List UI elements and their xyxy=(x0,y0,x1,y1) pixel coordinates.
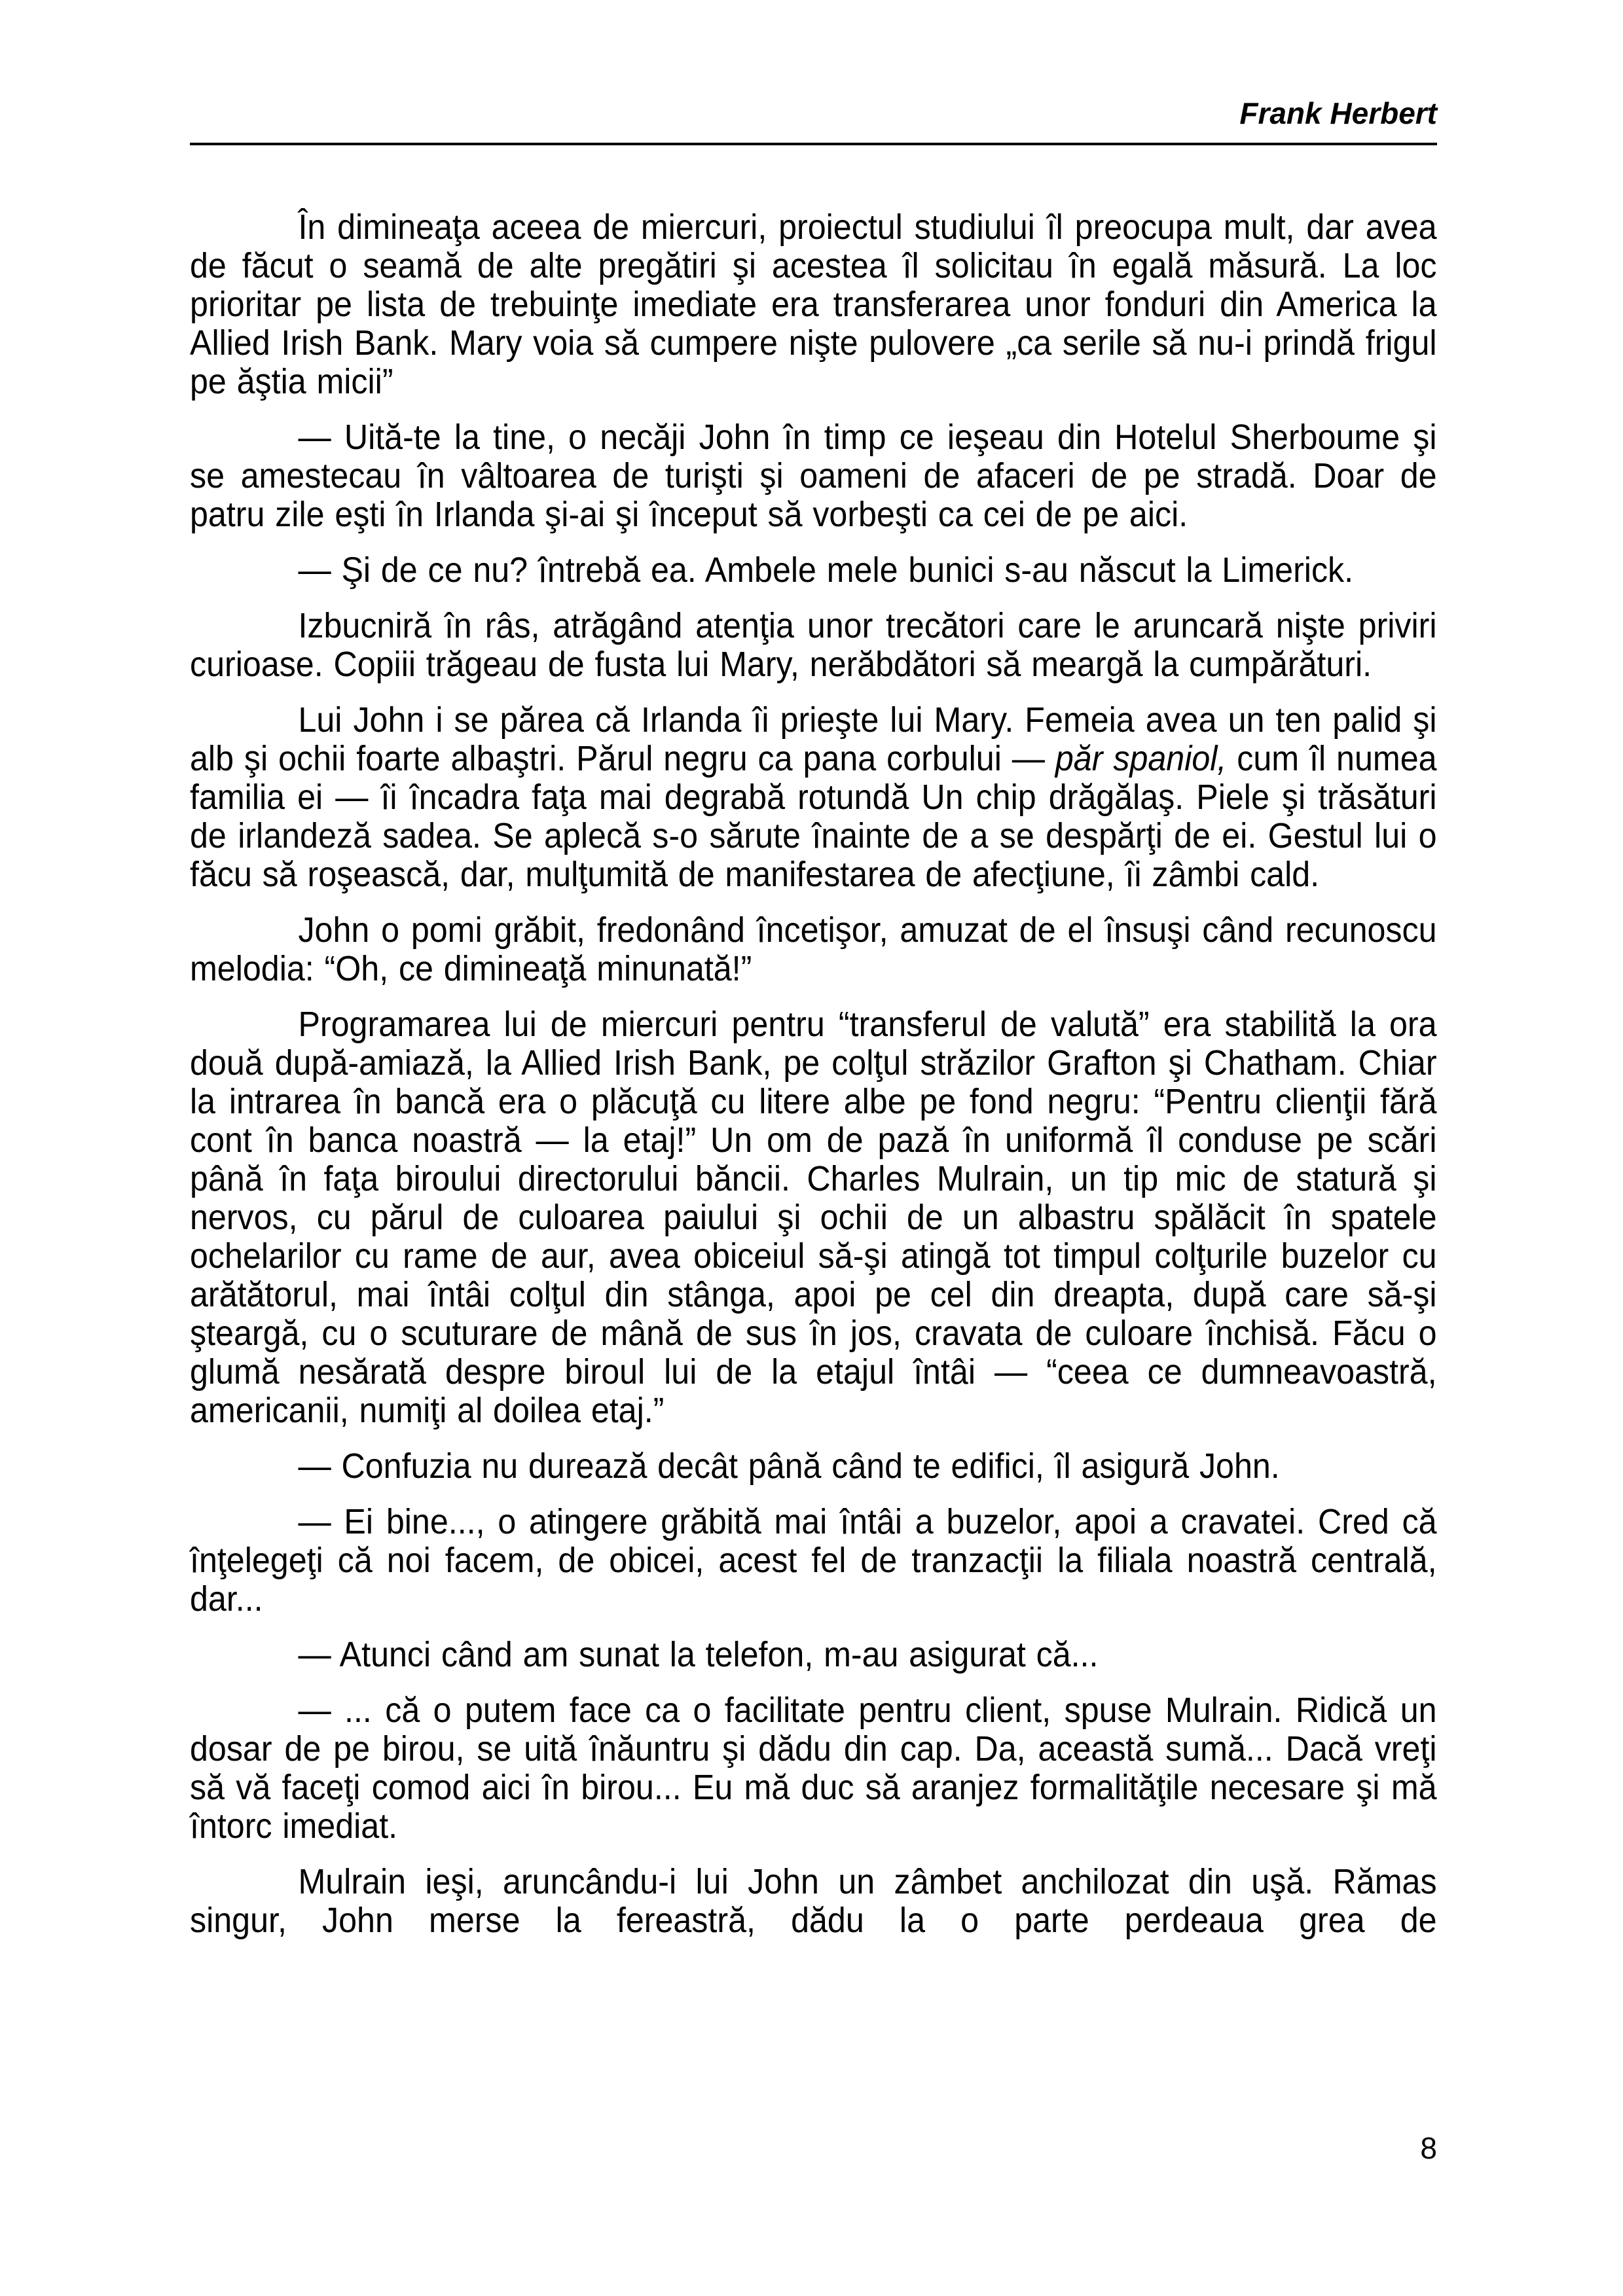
text-block: În dimineaţa aceea de miercuri, proiectu… xyxy=(190,208,1437,1940)
italic-text-run: păr spaniol, xyxy=(1055,739,1226,778)
text-run: John o pomi grăbit, fredonând încetişor,… xyxy=(190,910,1437,988)
page-header: Frank Herbert xyxy=(190,98,1437,128)
paragraph: — ... că o putem face ca o facilitate pe… xyxy=(190,1691,1437,1846)
text-run: — ... că o putem face ca o facilitate pe… xyxy=(190,1691,1437,1846)
text-run: — Confuzia nu durează decât până când te… xyxy=(298,1446,1279,1486)
text-column: În dimineaţa aceea de miercuri, proiectu… xyxy=(190,208,1437,1940)
paragraph: Programarea lui de miercuri pentru “tran… xyxy=(190,1005,1437,1430)
paragraph: În dimineaţa aceea de miercuri, proiectu… xyxy=(190,208,1437,401)
paragraph: — Ei bine..., o atingere grăbită mai înt… xyxy=(190,1503,1437,1619)
paragraph: Lui John i se părea că Irlanda îi prieşt… xyxy=(190,701,1437,894)
text-run: Izbucniră în râs, atrăgând atenţia unor … xyxy=(190,606,1437,684)
author-name: Frank Herbert xyxy=(1239,96,1437,130)
book-page: Frank Herbert În dimineaţa aceea de mier… xyxy=(0,0,1623,2296)
text-run: — Ei bine..., o atingere grăbită mai înt… xyxy=(190,1502,1437,1619)
text-run: Programarea lui de miercuri pentru “tran… xyxy=(190,1005,1437,1430)
paragraph: Mulrain ieşi, aruncându-i lui John un zâ… xyxy=(190,1863,1437,1940)
text-run: — Atunci când am sunat la telefon, m-au … xyxy=(298,1635,1098,1674)
paragraph: — Atunci când am sunat la telefon, m-au … xyxy=(190,1636,1437,1674)
text-run: Mulrain ieşi, aruncându-i lui John un zâ… xyxy=(190,1862,1437,1940)
text-run: În dimineaţa aceea de miercuri, proiectu… xyxy=(190,207,1437,401)
header-rule xyxy=(190,143,1437,145)
page-number: 8 xyxy=(190,2132,1437,2164)
paragraph: — Confuzia nu durează decât până când te… xyxy=(190,1447,1437,1486)
text-run: — Şi de ce nu? întrebă ea. Ambele mele b… xyxy=(298,550,1353,590)
paragraph: Izbucniră în râs, atrăgând atenţia unor … xyxy=(190,607,1437,684)
paragraph: — Şi de ce nu? întrebă ea. Ambele mele b… xyxy=(190,551,1437,590)
paragraph: John o pomi grăbit, fredonând încetişor,… xyxy=(190,911,1437,988)
paragraph: — Uită-te la tine, o necăji John în timp… xyxy=(190,418,1437,534)
text-run: — Uită-te la tine, o necăji John în timp… xyxy=(190,418,1437,534)
